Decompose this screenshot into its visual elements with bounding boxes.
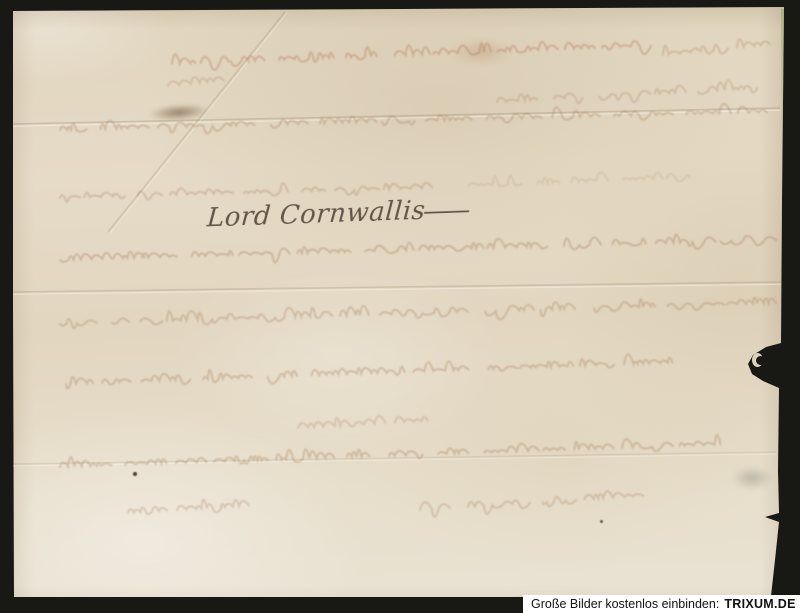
letter-paper xyxy=(0,0,800,613)
inscription-dash: — xyxy=(420,195,472,227)
ink-smudge-stain xyxy=(147,102,210,123)
paper-tear-highlight xyxy=(752,353,763,367)
banner-text: Große Bilder kostenlos einbinden: xyxy=(531,597,719,611)
photo-background: Lord Cornwallis— Große Bilder kostenlos … xyxy=(0,0,800,613)
reddish-stain xyxy=(450,38,512,66)
ink-speck xyxy=(600,520,603,523)
grey-stain xyxy=(731,466,773,490)
scan-edge-artifact xyxy=(781,9,784,159)
trixum-banner: Große Bilder kostenlos einbinden: TRIXUM… xyxy=(523,595,800,613)
banner-brand: TRIXUM.DE xyxy=(724,597,795,611)
ink-speck xyxy=(133,472,137,476)
